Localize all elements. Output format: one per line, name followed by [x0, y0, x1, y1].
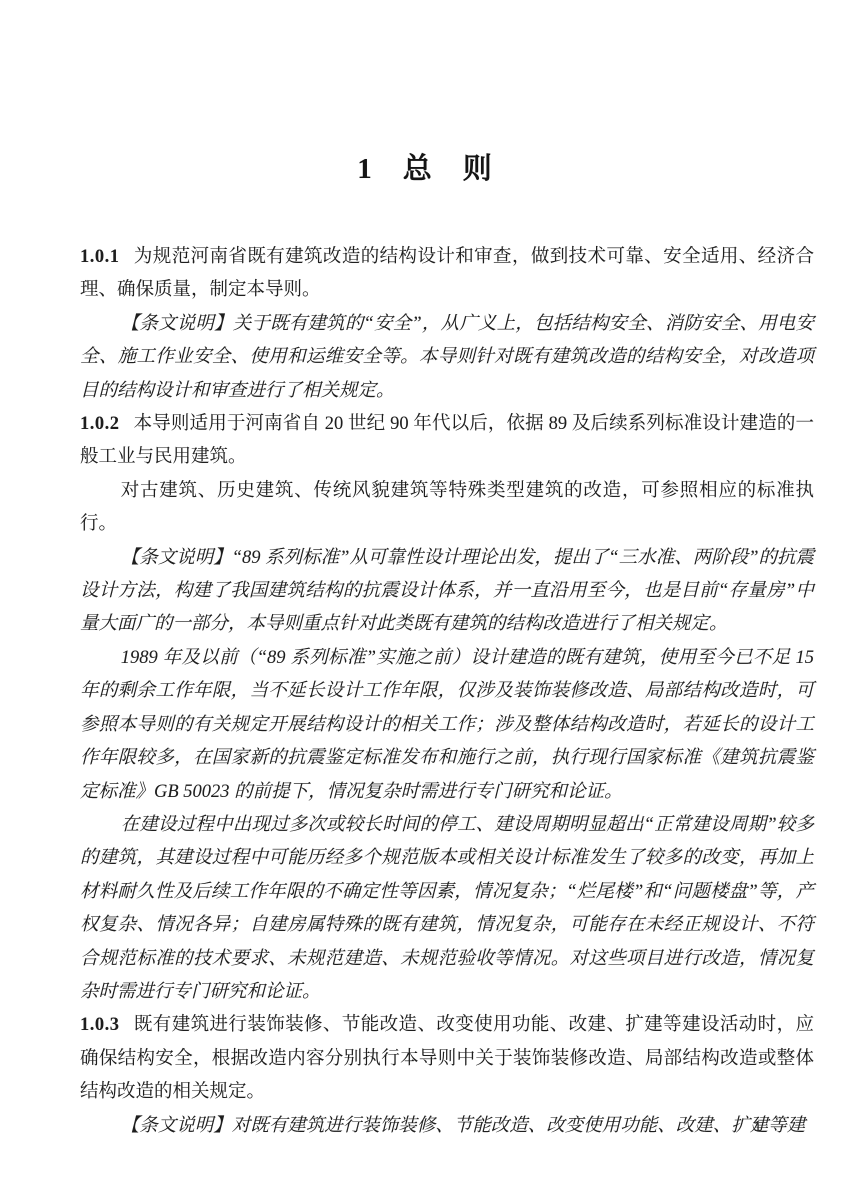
commentary-paragraph: 1989 年及以前（“89 系列标准”实施之前）设计建造的既有建筑，使用至今已不… — [80, 642, 814, 809]
clause-paragraph: 1.0.1为规范河南省既有建筑改造的结构设计和审查，做到技术可靠、安全适用、经济… — [80, 241, 814, 308]
clause-paragraph: 1.0.3既有建筑进行装饰装修、节能改造、改变使用功能、改建、扩建等建设活动时，… — [80, 1009, 814, 1109]
commentary-paragraph: 在建设过程中出现过多次或较长时间的停工、建设周期明显超出“正常建设周期”较多的建… — [80, 809, 814, 1009]
page-number: 1 — [754, 1118, 762, 1135]
body-paragraph: 对古建筑、历史建筑、传统风貌建筑等特殊类型建筑的改造，可参照相应的标准执行。 — [80, 475, 814, 542]
clause-number: 1.0.2 — [80, 414, 120, 434]
clause-paragraph: 1.0.2本导则适用于河南省自 20 世纪 90 年代以后，依据 89 及后续系… — [80, 408, 814, 475]
clause-number: 1.0.3 — [80, 1015, 120, 1035]
document-page: 1 总 则 1.0.1为规范河南省既有建筑改造的结构设计和审查，做到技术可靠、安… — [0, 0, 850, 1201]
commentary-paragraph: 【条文说明】对既有建筑进行装饰装修、节能改造、改变使用功能、改建、扩建等建 — [80, 1110, 814, 1143]
document-body: 1.0.1为规范河南省既有建筑改造的结构设计和审查，做到技术可靠、安全适用、经济… — [80, 241, 814, 1143]
commentary-paragraph: 【条文说明】关于既有建筑的“安全”，从广义上，包括结构安全、消防安全、用电安全、… — [80, 308, 814, 408]
clause-number: 1.0.1 — [80, 247, 120, 267]
commentary-paragraph: 【条文说明】“89 系列标准”从可靠性设计理论出发，提出了“三水准、两阶段”的抗… — [80, 542, 814, 642]
chapter-title: 1 总 则 — [0, 146, 850, 187]
